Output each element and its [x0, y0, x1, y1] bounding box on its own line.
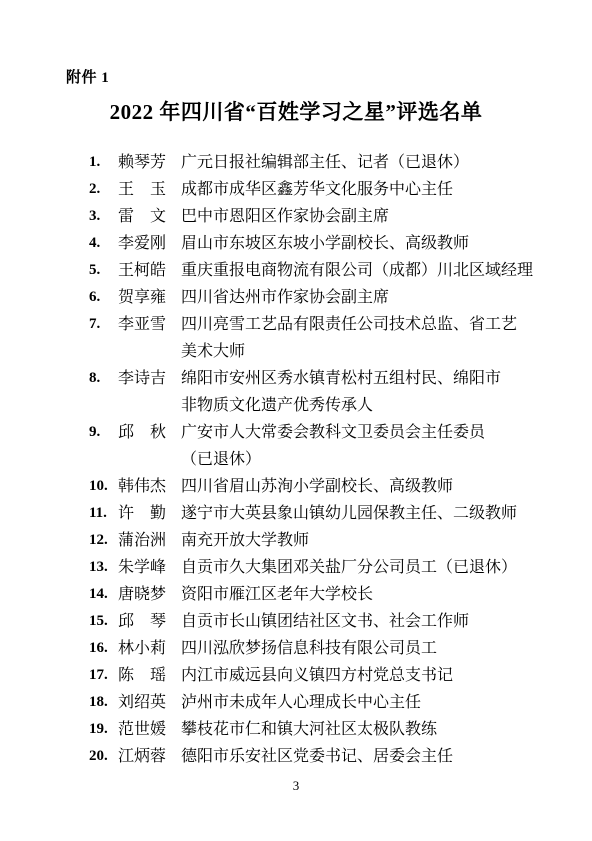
page-title: 2022 年四川省“百姓学习之星”评选名单	[0, 96, 592, 126]
item-number: 15.	[89, 608, 118, 635]
item-number: 6.	[89, 284, 118, 311]
item-description: 四川省眉山苏洵小学副校长、高级教师	[181, 473, 551, 500]
item-description: 遂宁市大英县象山镇幼儿园保教主任、二级教师	[181, 500, 551, 527]
item-description-line: 德阳市乐安社区党委书记、居委会主任	[181, 743, 551, 770]
document-page: 附件 1 2022 年四川省“百姓学习之星”评选名单 1.赖琴芳广元日报社编辑部…	[0, 0, 592, 841]
list-item: 13.朱学峰自贡市久大集团邓关盐厂分公司员工（已退休）	[89, 554, 551, 581]
item-description: 自贡市久大集团邓关盐厂分公司员工（已退休）	[181, 554, 551, 581]
item-name: 邱 秋	[118, 419, 181, 446]
item-description: 南充开放大学教师	[181, 527, 551, 554]
item-number: 16.	[89, 635, 118, 662]
item-name: 范世媛	[118, 716, 181, 743]
list-item: 15.邱 琴自贡市长山镇团结社区文书、社会工作师	[89, 608, 551, 635]
item-description-line: 成都市成华区鑫芳华文化服务中心主任	[181, 176, 551, 203]
item-description-line: 自贡市久大集团邓关盐厂分公司员工（已退休）	[181, 554, 551, 581]
list-item: 4.李爱刚眉山市东坡区东坡小学副校长、高级教师	[89, 230, 551, 257]
item-description: 四川省达州市作家协会副主席	[181, 284, 551, 311]
item-name: 唐晓梦	[118, 581, 181, 608]
item-number: 7.	[89, 311, 118, 338]
item-number: 4.	[89, 230, 118, 257]
item-number: 3.	[89, 203, 118, 230]
item-description-line: 巴中市恩阳区作家协会副主席	[181, 203, 551, 230]
list-item: 1.赖琴芳广元日报社编辑部主任、记者（已退休）	[89, 149, 551, 176]
item-description: 自贡市长山镇团结社区文书、社会工作师	[181, 608, 551, 635]
item-name: 邱 琴	[118, 608, 181, 635]
list-item: 14.唐晓梦资阳市雁江区老年大学校长	[89, 581, 551, 608]
item-name: 李诗吉	[118, 365, 181, 392]
item-name: 赖琴芳	[118, 149, 181, 176]
list-item: 8.李诗吉绵阳市安州区秀水镇青松村五组村民、绵阳市非物质文化遗产优秀传承人	[89, 365, 551, 419]
item-description: 资阳市雁江区老年大学校长	[181, 581, 551, 608]
item-number: 17.	[89, 662, 118, 689]
item-name: 陈 瑶	[118, 662, 181, 689]
item-description-line: 广安市人大常委会教科文卫委员会主任委员	[181, 419, 551, 446]
item-number: 20.	[89, 743, 118, 770]
list-item: 19.范世媛攀枝花市仁和镇大河社区太极队教练	[89, 716, 551, 743]
list-item: 16.林小莉四川泓欣梦扬信息科技有限公司员工	[89, 635, 551, 662]
item-number: 5.	[89, 257, 118, 284]
item-name: 林小莉	[118, 635, 181, 662]
item-name: 韩伟杰	[118, 473, 181, 500]
item-description-line: 资阳市雁江区老年大学校长	[181, 581, 551, 608]
page-number: 3	[0, 778, 592, 794]
item-description: 广元日报社编辑部主任、记者（已退休）	[181, 149, 551, 176]
list-item: 18.刘绍英泸州市未成年人心理成长中心主任	[89, 689, 551, 716]
item-number: 11.	[89, 500, 118, 527]
list-item: 7.李亚雪四川亮雪工艺品有限责任公司技术总监、省工艺美术大师	[89, 311, 551, 365]
list-item: 3.雷 文巴中市恩阳区作家协会副主席	[89, 203, 551, 230]
item-description-line: 内江市威远县向义镇四方村党总支书记	[181, 662, 551, 689]
item-description: 泸州市未成年人心理成长中心主任	[181, 689, 551, 716]
item-description-line: 四川省眉山苏洵小学副校长、高级教师	[181, 473, 551, 500]
item-number: 1.	[89, 149, 118, 176]
item-description-line: 四川亮雪工艺品有限责任公司技术总监、省工艺	[181, 311, 551, 338]
item-description: 广安市人大常委会教科文卫委员会主任委员（已退休）	[181, 419, 551, 473]
item-number: 9.	[89, 419, 118, 446]
item-description-line: 四川泓欣梦扬信息科技有限公司员工	[181, 635, 551, 662]
list-item: 20.江炳蓉德阳市乐安社区党委书记、居委会主任	[89, 743, 551, 770]
item-name: 江炳蓉	[118, 743, 181, 770]
list-item: 11.许 勤遂宁市大英县象山镇幼儿园保教主任、二级教师	[89, 500, 551, 527]
item-number: 18.	[89, 689, 118, 716]
item-name: 雷 文	[118, 203, 181, 230]
item-number: 2.	[89, 176, 118, 203]
item-number: 12.	[89, 527, 118, 554]
item-name: 李爱刚	[118, 230, 181, 257]
item-description-line: 南充开放大学教师	[181, 527, 551, 554]
item-name: 贺享雍	[118, 284, 181, 311]
item-description: 重庆重报电商物流有限公司（成都）川北区域经理	[181, 257, 551, 284]
item-number: 10.	[89, 473, 118, 500]
item-description-line: 泸州市未成年人心理成长中心主任	[181, 689, 551, 716]
item-description-line: 自贡市长山镇团结社区文书、社会工作师	[181, 608, 551, 635]
item-description: 眉山市东坡区东坡小学副校长、高级教师	[181, 230, 551, 257]
item-description: 成都市成华区鑫芳华文化服务中心主任	[181, 176, 551, 203]
item-name: 王柯皓	[118, 257, 181, 284]
item-description: 德阳市乐安社区党委书记、居委会主任	[181, 743, 551, 770]
item-description: 绵阳市安州区秀水镇青松村五组村民、绵阳市非物质文化遗产优秀传承人	[181, 365, 551, 419]
item-description: 攀枝花市仁和镇大河社区太极队教练	[181, 716, 551, 743]
list-item: 17.陈 瑶内江市威远县向义镇四方村党总支书记	[89, 662, 551, 689]
list-item: 2.王 玉成都市成华区鑫芳华文化服务中心主任	[89, 176, 551, 203]
item-name: 朱学峰	[118, 554, 181, 581]
item-description-line: 非物质文化遗产优秀传承人	[181, 392, 551, 419]
item-description-line: 广元日报社编辑部主任、记者（已退休）	[181, 149, 551, 176]
item-description-line: （已退休）	[181, 446, 551, 473]
item-name: 李亚雪	[118, 311, 181, 338]
item-number: 14.	[89, 581, 118, 608]
item-description-line: 美术大师	[181, 338, 551, 365]
item-description-line: 四川省达州市作家协会副主席	[181, 284, 551, 311]
list-item: 5.王柯皓重庆重报电商物流有限公司（成都）川北区域经理	[89, 257, 551, 284]
attachment-label: 附件 1	[66, 66, 109, 87]
item-description: 四川泓欣梦扬信息科技有限公司员工	[181, 635, 551, 662]
list-item: 10.韩伟杰四川省眉山苏洵小学副校长、高级教师	[89, 473, 551, 500]
item-description: 巴中市恩阳区作家协会副主席	[181, 203, 551, 230]
item-name: 蒲治洲	[118, 527, 181, 554]
item-description-line: 攀枝花市仁和镇大河社区太极队教练	[181, 716, 551, 743]
item-number: 19.	[89, 716, 118, 743]
item-number: 8.	[89, 365, 118, 392]
list-item: 12.蒲治洲南充开放大学教师	[89, 527, 551, 554]
list-item: 6.贺享雍四川省达州市作家协会副主席	[89, 284, 551, 311]
award-list: 1.赖琴芳广元日报社编辑部主任、记者（已退休）2.王 玉成都市成华区鑫芳华文化服…	[89, 149, 551, 770]
item-name: 王 玉	[118, 176, 181, 203]
list-item: 9.邱 秋广安市人大常委会教科文卫委员会主任委员（已退休）	[89, 419, 551, 473]
item-description: 内江市威远县向义镇四方村党总支书记	[181, 662, 551, 689]
item-description-line: 绵阳市安州区秀水镇青松村五组村民、绵阳市	[181, 365, 551, 392]
item-number: 13.	[89, 554, 118, 581]
item-description-line: 遂宁市大英县象山镇幼儿园保教主任、二级教师	[181, 500, 551, 527]
item-description-line: 重庆重报电商物流有限公司（成都）川北区域经理	[181, 257, 551, 284]
item-description: 四川亮雪工艺品有限责任公司技术总监、省工艺美术大师	[181, 311, 551, 365]
item-name: 刘绍英	[118, 689, 181, 716]
item-description-line: 眉山市东坡区东坡小学副校长、高级教师	[181, 230, 551, 257]
item-name: 许 勤	[118, 500, 181, 527]
